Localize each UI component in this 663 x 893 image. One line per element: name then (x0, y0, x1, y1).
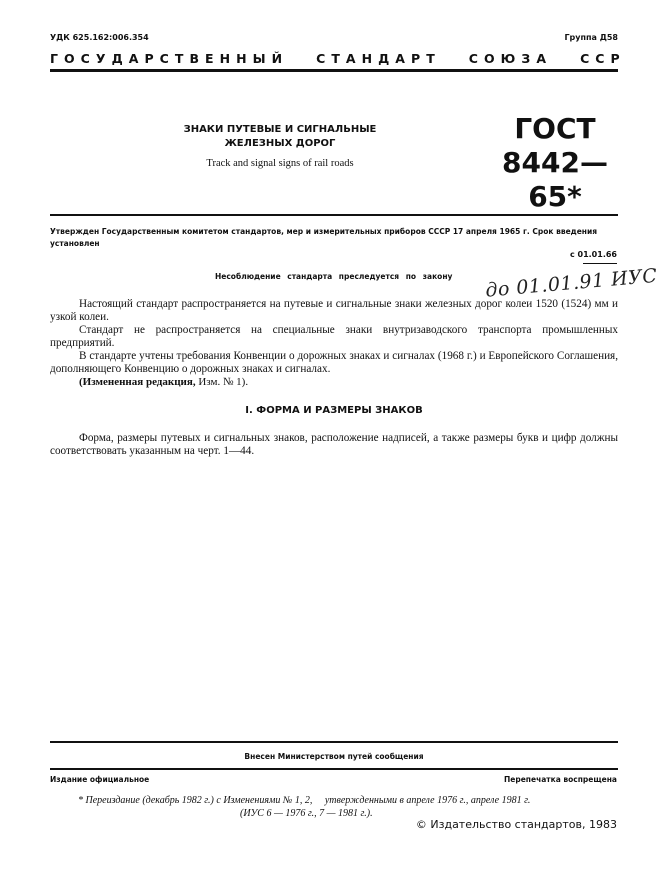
effective-date: с 01.01.66 (570, 250, 617, 259)
banner-letter: Т (331, 51, 340, 66)
banner-word-gap (288, 51, 310, 66)
banner-letter: З (521, 51, 530, 66)
footer-rule-bottom (50, 768, 618, 770)
banner-word-gap (552, 51, 574, 66)
section-1-paragraph: Форма, размеры путевых и сигнальных знак… (50, 432, 618, 458)
banner-letter: Е (205, 51, 214, 66)
banner-letter: О (484, 51, 495, 66)
banner-letter: С (81, 51, 90, 66)
banner-letter: С (595, 51, 604, 66)
banner-letter: С (580, 51, 589, 66)
title-english: Track and signal signs of rail roads (150, 158, 410, 169)
banner-letter: У (96, 51, 106, 66)
intro-paragraph-2: Стандарт не распространяется на специаль… (50, 324, 618, 350)
banner-letter: А (536, 51, 546, 66)
banner-letter: Н (220, 51, 230, 66)
gost-label: ГОСТ (480, 112, 630, 146)
title-line-2: ЖЕЛЕЗНЫХ ДОРОГ (150, 137, 410, 151)
banner-letter: Ю (501, 51, 516, 66)
banner-letter: С (160, 51, 169, 66)
approval-text: Утвержден Государственным комитетом стан… (50, 226, 618, 250)
banner-letter: Р (611, 51, 620, 66)
banner-letter: Т (426, 51, 435, 66)
section-heading: I. ФОРМА И РАЗМЕРЫ ЗНАКОВ (50, 405, 618, 416)
section-1-body: Форма, размеры путевых и сигнальных знак… (50, 432, 618, 458)
handwritten-note: до 01.01.91 ИУС 10-8 (484, 260, 663, 301)
reissue-note-line-2: (ИУС 6 — 1976 г., 7 — 1981 г.). (240, 808, 373, 819)
banner-letter: Ы (253, 51, 266, 66)
law-notice: Несоблюдение стандарта преследуется по з… (215, 272, 452, 281)
copyright: © Издательство стандартов, 1983 (416, 818, 617, 831)
banner-letter: А (395, 51, 405, 66)
banner-letter: Н (236, 51, 246, 66)
footer-rule-top (50, 741, 618, 743)
edition-note: (Измененная редакция, Изм. № 1). (50, 376, 618, 389)
introduced-by: Внесен Министерством путей сообщения (50, 752, 618, 761)
intro-paragraph-3: В стандарте учтены требования Конвенции … (50, 350, 618, 376)
udk-code: УДК 625.162:006.354 (50, 33, 149, 42)
banner-letter: Д (378, 51, 389, 66)
banner-letter: О (64, 51, 75, 66)
reissue-note-line-1: * Переиздание (декабрь 1982 г.) с Измене… (78, 795, 530, 806)
state-standard-banner: ГОСУДАРСТВЕННЫЙСТАНДАРТСОЮЗАССР (50, 51, 620, 66)
group-code: Группа Д58 (564, 33, 618, 42)
official-edition: Издание официальное (50, 775, 149, 784)
gost-number: 8442—65* (480, 146, 630, 214)
banner-letter: С (316, 51, 325, 66)
intro-section: Настоящий стандарт распространяется на п… (50, 298, 618, 389)
banner-letter: Т (175, 51, 184, 66)
effective-date-underline (583, 263, 617, 264)
banner-letter: В (189, 51, 199, 66)
document-title-block: ЗНАКИ ПУТЕВЫЕ И СИГНАЛЬНЫЕ ЖЕЛЕЗНЫХ ДОРО… (150, 123, 410, 169)
gost-designation: ГОСТ 8442—65* (480, 112, 630, 214)
banner-letter: Г (50, 51, 58, 66)
title-line-1: ЗНАКИ ПУТЕВЫЕ И СИГНАЛЬНЫЕ (150, 123, 410, 137)
banner-letter: Р (144, 51, 153, 66)
banner-word-gap (441, 51, 463, 66)
banner-letter: Р (411, 51, 420, 66)
banner-letter: А (129, 51, 139, 66)
approval-rule (50, 214, 618, 216)
edition-note-bold: (Измененная редакция, (79, 376, 196, 388)
banner-letter: А (346, 51, 356, 66)
banner-letter: Н (362, 51, 372, 66)
banner-letter: Д (112, 51, 123, 66)
no-reprint-notice: Перепечатка воспрещена (504, 775, 617, 784)
edition-note-rest: Изм. № 1). (196, 376, 249, 388)
header-rule (50, 69, 618, 72)
intro-paragraph-1: Настоящий стандарт распространяется на п… (50, 298, 618, 324)
banner-letter: С (469, 51, 478, 66)
banner-letter: Й (272, 51, 282, 66)
